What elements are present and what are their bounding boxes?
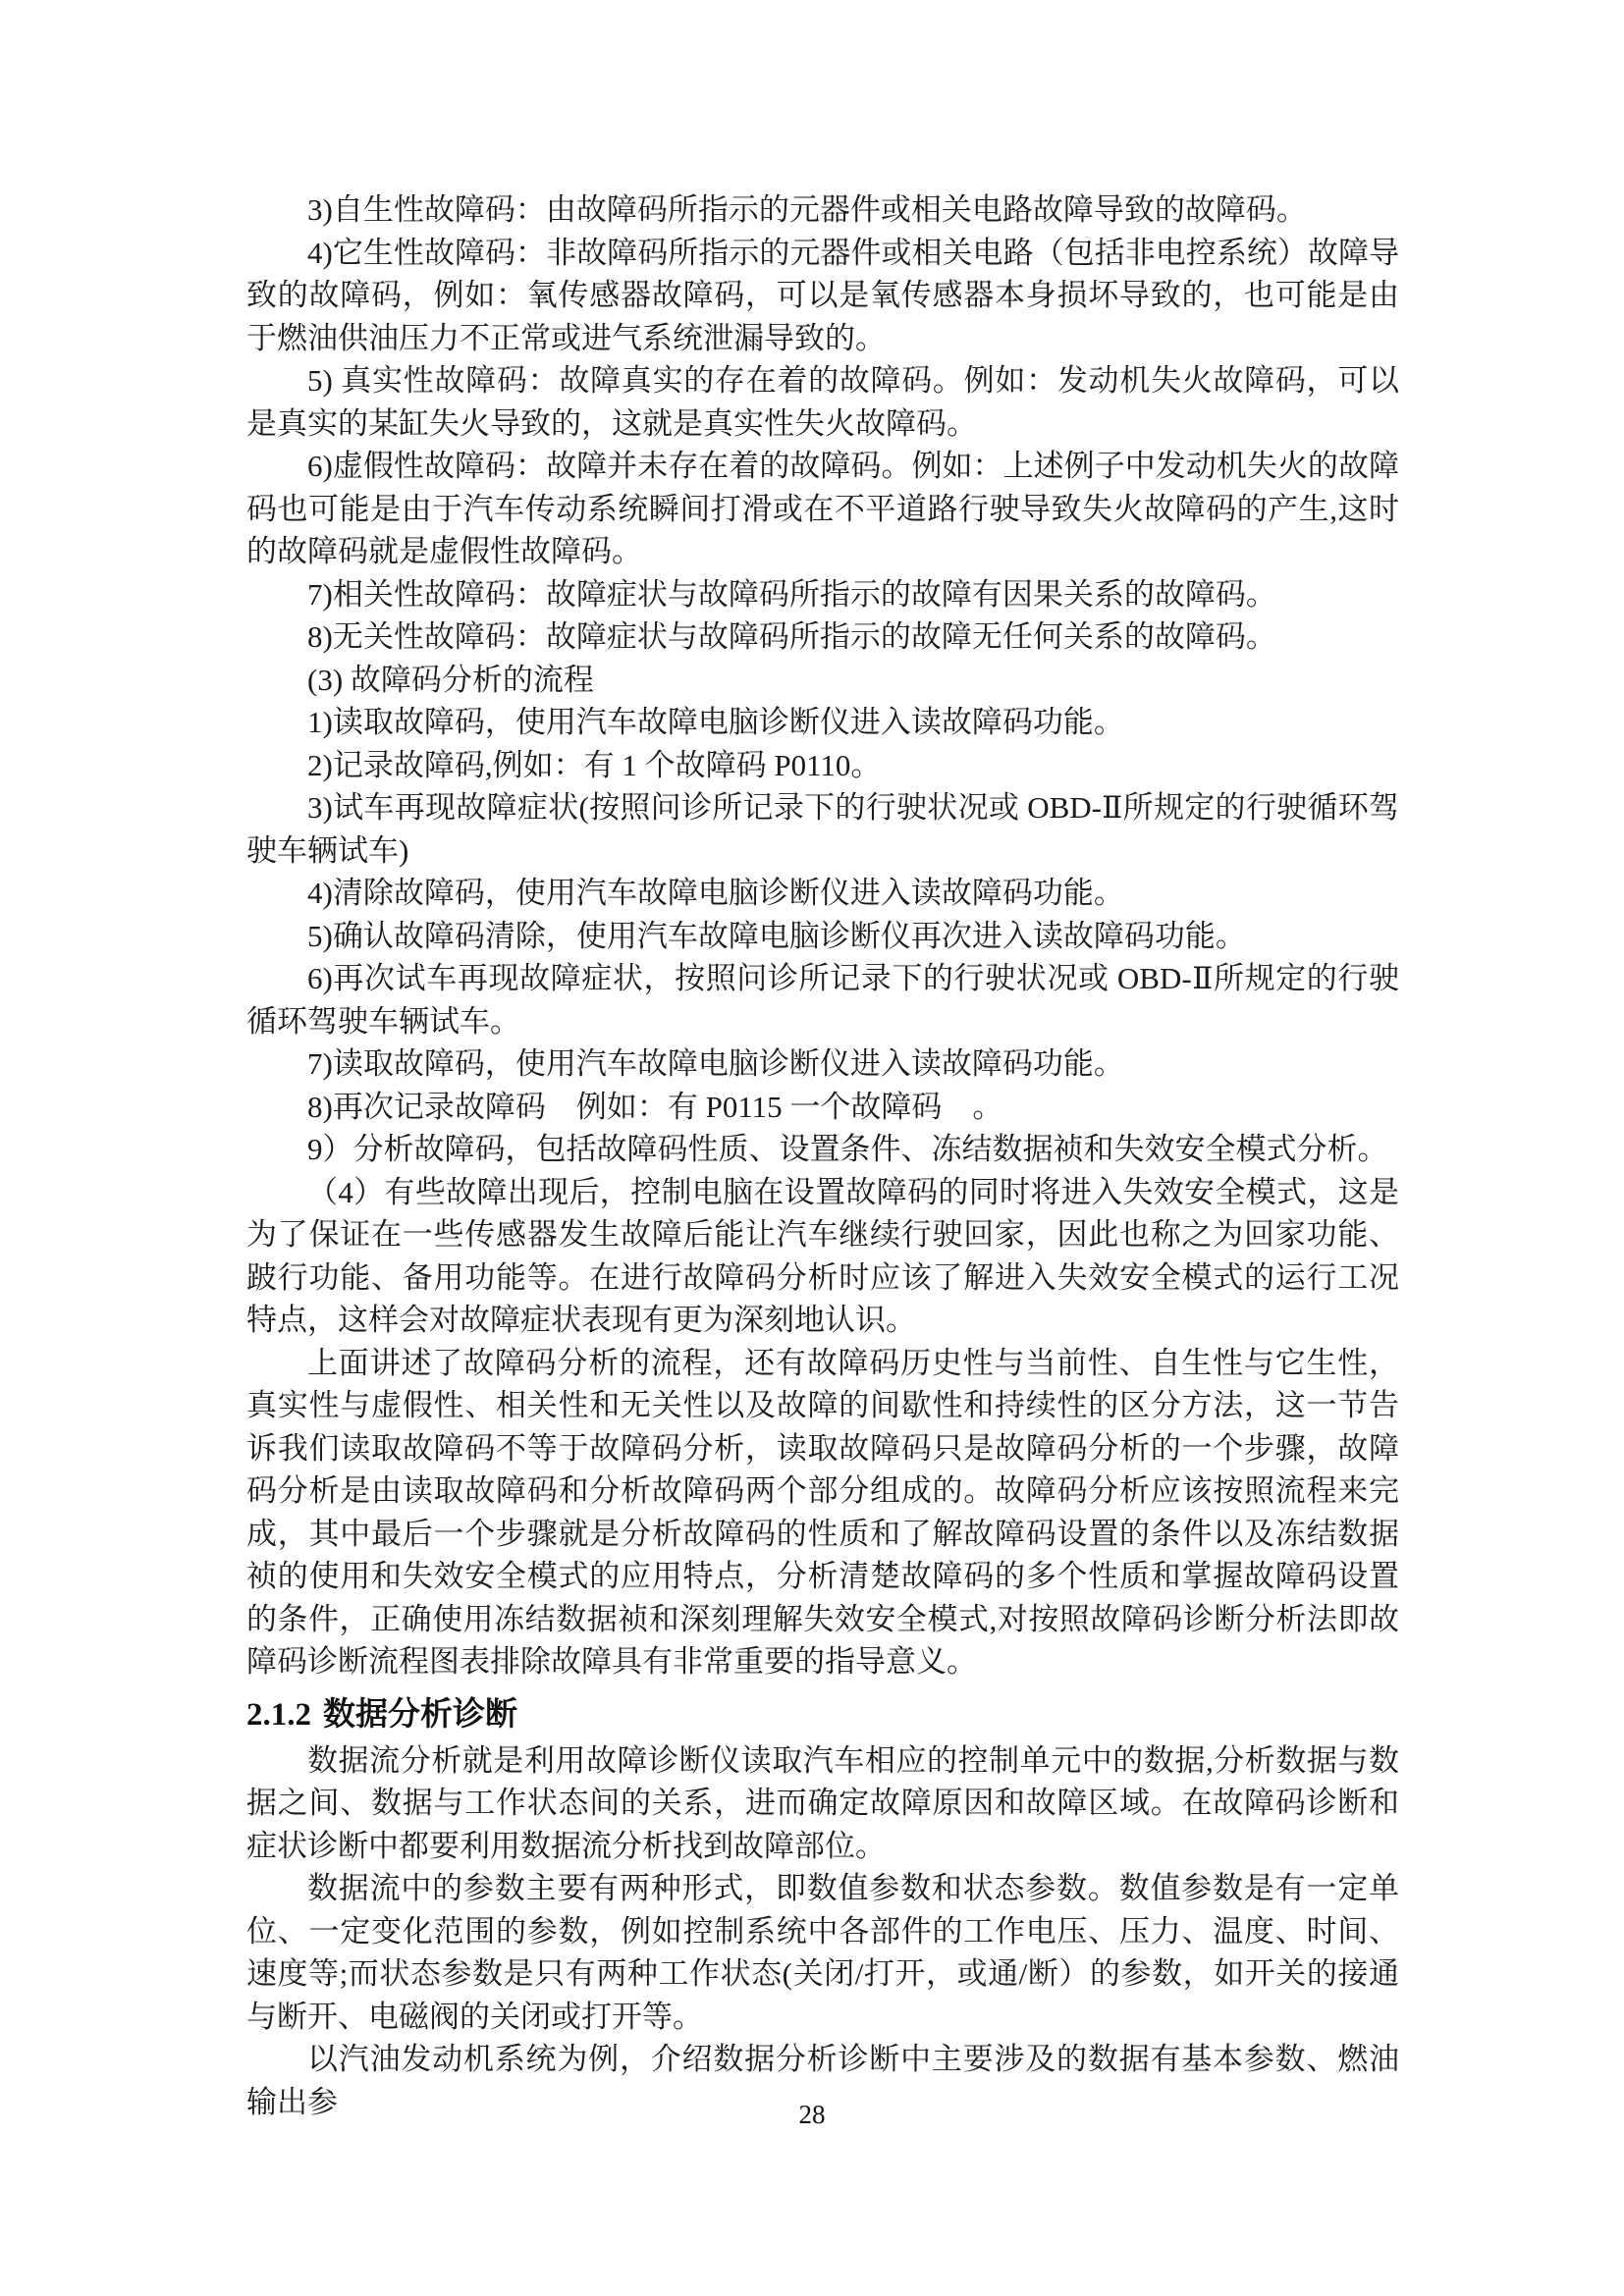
paragraph: 数据流中的参数主要有两种形式，即数值参数和状态参数。数值参数是有一定单位、一定变… [246,1867,1399,2038]
paragraph: 8)无关性故障码：故障症状与故障码所指示的故障无任何关系的故障码。 [246,615,1399,659]
paragraph: 5) 真实性故障码：故障真实的存在着的故障码。例如：发动机失火故障码，可以是真实… [246,359,1399,445]
section-title: 数据分析诊断 [323,1695,517,1732]
page-number: 28 [0,2097,1624,2132]
paragraph: (3) 故障码分析的流程 [246,659,1399,702]
paragraph: 上面讲述了故障码分析的流程，还有故障码历史性与当前性、自生性与它生性，真实性与虚… [246,1342,1399,1683]
paragraph: 6)再次试车再现故障症状，按照问诊所记录下的行驶状况或 OBD-Ⅱ所规定的行驶循… [246,957,1399,1042]
paragraph: 2)记录故障码,例如：有 1 个故障码 P0110。 [246,744,1399,787]
paragraph: 8)再次记录故障码 例如：有 P0115 一个故障码 。 [246,1086,1399,1129]
paragraph: 数据流分析就是利用故障诊断仪读取汽车相应的控制单元中的数据,分析数据与数据之间、… [246,1739,1399,1868]
paragraph: 1)读取故障码，使用汽车故障电脑诊断仪进入读故障码功能。 [246,701,1399,744]
paragraph: 4)它生性故障码：非故障码所指示的元器件或相关电路（包括非电控系统）故障导致的故… [246,232,1399,360]
section-number: 2.1.2 [246,1697,311,1733]
paragraph: 6)虚假性故障码：故障并未存在着的故障码。例如：上述例子中发动机失火的故障码也可… [246,445,1399,573]
document-page: 3)自生性故障码：由故障码所指示的元器件或相关电路故障导致的故障码。 4)它生性… [0,0,1624,2296]
paragraph: 7)读取故障码，使用汽车故障电脑诊断仪进入读故障码功能。 [246,1042,1399,1086]
paragraph: （4）有些故障出现后，控制电脑在设置故障码的同时将进入失效安全模式，这是为了保证… [246,1171,1399,1342]
section-heading: 2.1.2数据分析诊断 [246,1689,1399,1739]
paragraph: 5)确认故障码清除，使用汽车故障电脑诊断仪再次进入读故障码功能。 [246,915,1399,958]
paragraph: 9）分析故障码，包括故障码性质、设置条件、冻结数据祯和失效安全模式分析。 [246,1128,1399,1171]
document-body: 3)自生性故障码：由故障码所指示的元器件或相关电路故障导致的故障码。 4)它生性… [246,188,1399,2123]
paragraph: 3)自生性故障码：由故障码所指示的元器件或相关电路故障导致的故障码。 [246,188,1399,232]
paragraph: 3)试车再现故障症状(按照问诊所记录下的行驶状况或 OBD-Ⅱ所规定的行驶循环驾… [246,786,1399,872]
paragraph: 7)相关性故障码：故障症状与故障码所指示的故障有因果关系的故障码。 [246,573,1399,616]
paragraph: 4)清除故障码，使用汽车故障电脑诊断仪进入读故障码功能。 [246,872,1399,915]
